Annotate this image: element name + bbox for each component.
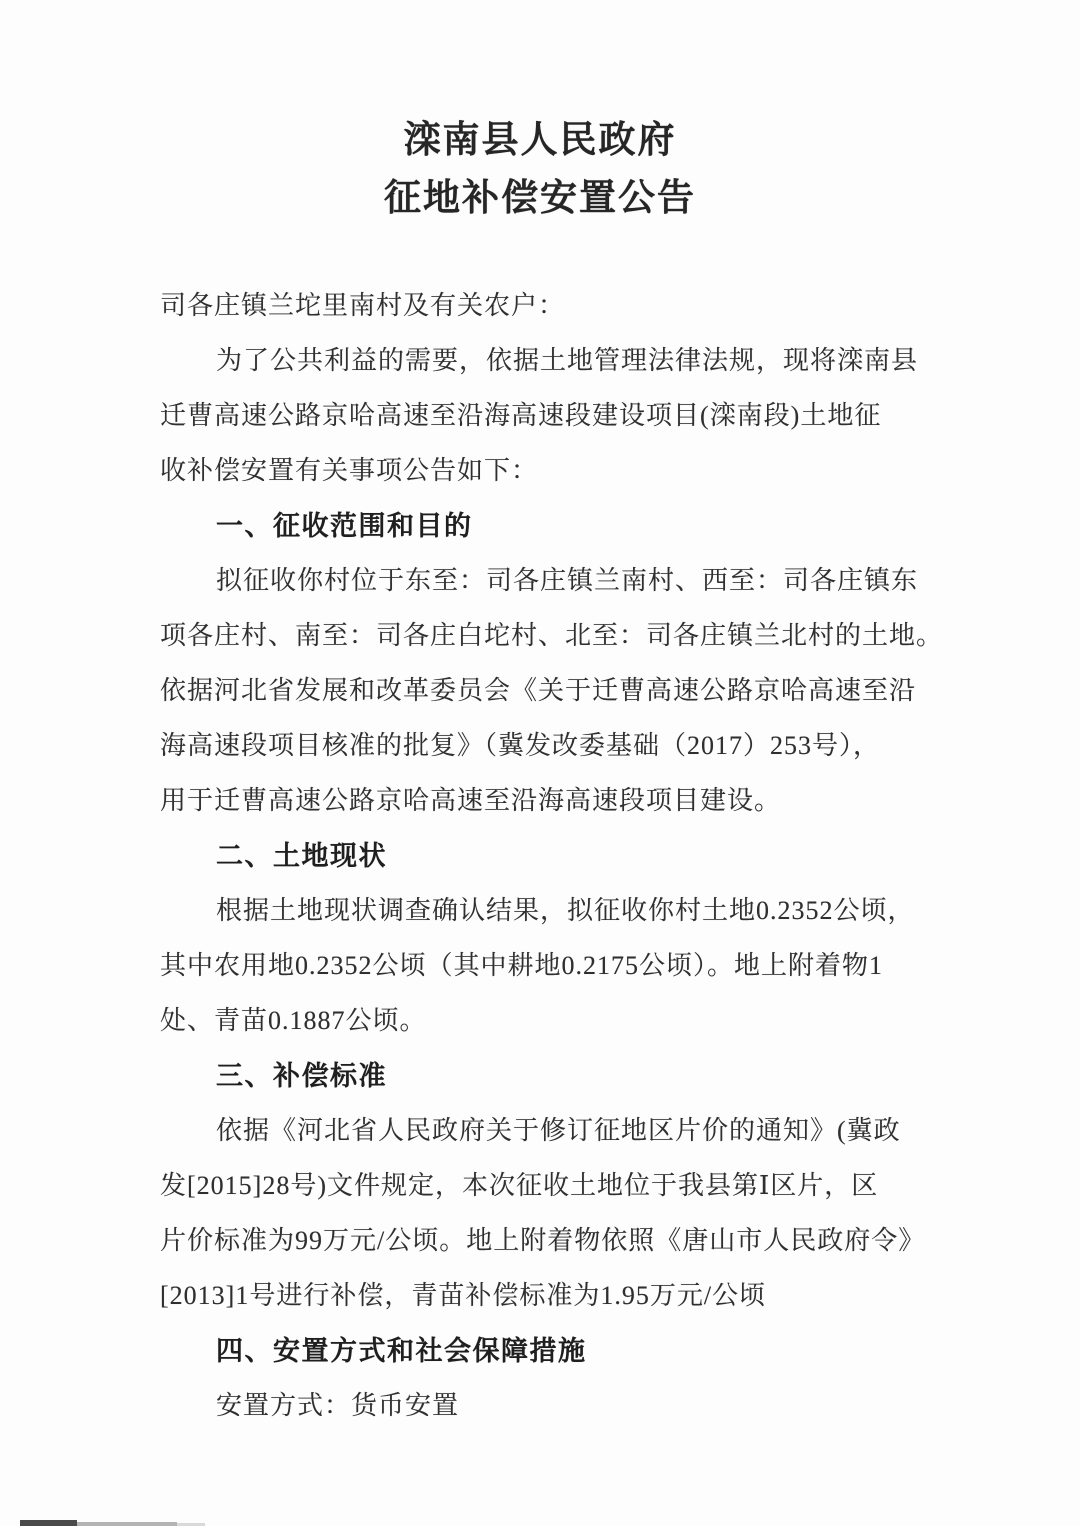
- scan-edge-artifact: [20, 1520, 205, 1526]
- section-1-line: 拟征收你村位于东至：司各庄镇兰南村、西至：司各庄镇东: [160, 551, 930, 606]
- section-1-line: 海高速段项目核准的批复》（冀发改委基础（2017）253号），: [160, 716, 930, 771]
- section-3-line: 片价标准为99万元/公顷。地上附着物依照《唐山市人民政府令》: [160, 1211, 930, 1266]
- section-2-line: 根据土地现状调查确认结果，拟征收你村土地0.2352公顷，: [160, 881, 930, 936]
- section-heading-2: 二、土地现状: [160, 826, 930, 881]
- section-4-line: 安置方式：货币安置: [160, 1376, 930, 1431]
- document-title-line-1: 滦南县人民政府: [0, 112, 1080, 170]
- scan-artifact-dark-segment: [20, 1520, 77, 1526]
- section-3-line: 发[2015]28号)文件规定，本次征收土地位于我县第Ⅰ区片，区: [160, 1156, 930, 1211]
- section-heading-3: 三、补偿标准: [160, 1046, 930, 1101]
- section-heading-1: 一、征收范围和目的: [160, 496, 930, 551]
- section-1-line: 依据河北省发展和改革委员会《关于迁曹高速公路京哈高速至沿: [160, 661, 930, 716]
- section-3-line: 依据《河北省人民政府关于修订征地区片价的通知》(冀政: [160, 1101, 930, 1156]
- intro-paragraph-line: 迁曹高速公路京哈高速至沿海高速段建设项目(滦南段)土地征: [160, 386, 930, 441]
- salutation-line: 司各庄镇兰坨里南村及有关农户：: [160, 276, 930, 331]
- section-heading-4: 四、安置方式和社会保障措施: [160, 1321, 930, 1376]
- intro-paragraph-line: 收补偿安置有关事项公告如下：: [160, 441, 930, 496]
- section-2-line: 处、青苗0.1887公顷。: [160, 991, 930, 1046]
- document-title: 滦南县人民政府 征地补偿安置公告: [0, 0, 1080, 228]
- section-3-line: [2013]1号进行补偿，青苗补偿标准为1.95万元/公顷: [160, 1266, 930, 1321]
- section-1-line: 项各庄村、南至：司各庄白坨村、北至：司各庄镇兰北村的土地。: [160, 606, 930, 661]
- intro-paragraph-line: 为了公共利益的需要，依据土地管理法律法规，现将滦南县: [160, 331, 930, 386]
- section-1-line: 用于迁曹高速公路京哈高速至沿海高速段项目建设。: [160, 771, 930, 826]
- section-2-line: 其中农用地0.2352公顷（其中耕地0.2175公顷）。地上附着物1: [160, 936, 930, 991]
- scan-artifact-light-segment: [77, 1522, 177, 1526]
- document-title-line-2: 征地补偿安置公告: [0, 170, 1080, 228]
- document-body: 司各庄镇兰坨里南村及有关农户： 为了公共利益的需要，依据土地管理法律法规，现将滦…: [160, 276, 930, 1431]
- notice-document-page: 滦南县人民政府 征地补偿安置公告 司各庄镇兰坨里南村及有关农户： 为了公共利益的…: [0, 0, 1080, 1526]
